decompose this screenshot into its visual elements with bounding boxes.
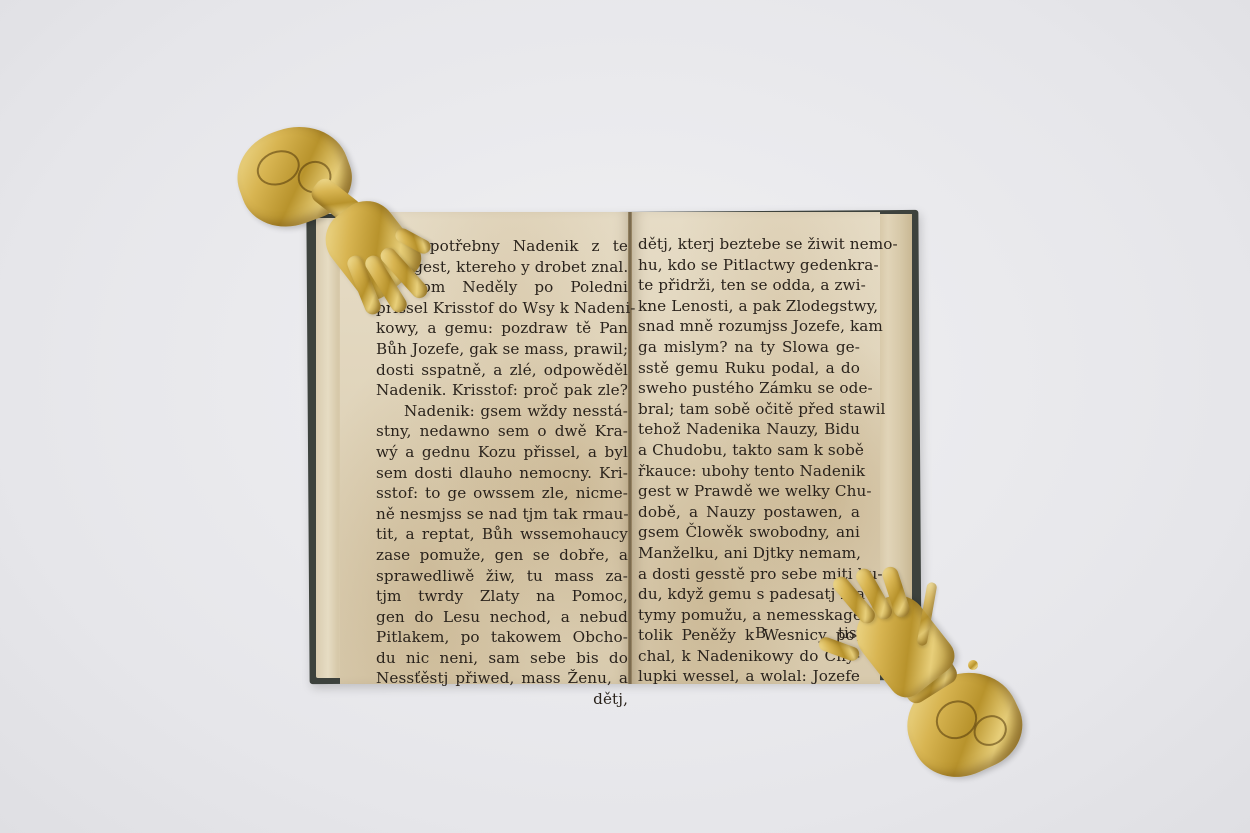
- text-line: hu, kdo se Pitlactwy gedenkra-: [638, 255, 860, 276]
- brass-hand-clip-top-left: [236, 124, 456, 324]
- text-line: dětj, kterj beztebe se žiwit nemo-: [638, 234, 860, 255]
- text-line: stny, nedawno sem o dwě Kra-: [376, 421, 628, 442]
- text-line: Nadenik. Krisstof: proč pak zle?: [376, 380, 628, 401]
- text-line: Bůh Jozefe, gak se mass, prawil;: [376, 339, 628, 360]
- text-line: Nessťěstj přiwed, mass Ženu, a: [376, 668, 628, 689]
- text-line: te přidrži, ten se odda, a zwi-: [638, 275, 860, 296]
- text-line: tehož Nadenika Nauzy, Bidu: [638, 419, 860, 440]
- text-line: gen do Lesu nechod, a nebud: [376, 607, 628, 628]
- book-gutter: [628, 212, 632, 684]
- text-line: du nic neni, sam sebe bis do: [376, 648, 628, 669]
- text-line: ga mislym? na ty Slowa ge-: [638, 337, 860, 358]
- brass-hand-clip-bottom-right: [826, 566, 1026, 791]
- text-line: tit, a reptat, Bůh wssemohaucy: [376, 524, 628, 545]
- text-line: snad mně rozumjss Jozefe, kam: [638, 316, 860, 337]
- text-line: sem dosti dlauho nemocny. Kri-: [376, 463, 628, 484]
- text-line: sstof: to ge owssem zle, nicme-: [376, 483, 628, 504]
- text-line: zase pomuže, gen se dobře, a: [376, 545, 628, 566]
- text-line: Pitlakem, po takowem Obcho-: [376, 627, 628, 648]
- text-line: Nadenik: gsem wždy nesstá-: [376, 401, 628, 422]
- text-line: době, a Nauzy postawen, a: [638, 502, 860, 523]
- text-line: sstě gemu Ruku podal, a do: [638, 358, 860, 379]
- text-line: sweho pustého Zámku se ode-: [638, 378, 860, 399]
- text-line: wý a gednu Kozu přissel, a byl: [376, 442, 628, 463]
- text-line: tjm twrdy Zlaty na Pomoc,: [376, 586, 628, 607]
- text-line: bral; tam sobě očitě před stawil: [638, 399, 860, 420]
- text-line: řkauce: ubohy tento Nadenik: [638, 461, 860, 482]
- catchword-left: dětj,: [376, 689, 628, 710]
- signature-mark: B: [755, 624, 766, 642]
- text-line: dosti sspatně, a zlé, odpowěděl: [376, 360, 628, 381]
- text-line: Manželku, ani Djtky nemam,: [638, 543, 860, 564]
- text-line: ně nesmjss se nad tjm tak rmau-: [376, 504, 628, 525]
- photo-scene: dy a potřebny Nadenik z te Wsy gest, kte…: [0, 0, 1250, 833]
- text-line: a Chudobu, takto sam k sobě: [638, 440, 860, 461]
- clip-rivet: [968, 660, 978, 670]
- text-line: gest w Prawdě we welky Chu-: [638, 481, 860, 502]
- text-line: kne Lenosti, a pak Zlodegstwy,: [638, 296, 860, 317]
- text-line: sprawedliwě žiw, tu mass za-: [376, 566, 628, 587]
- text-line: gsem Člowěk swobodny, ani: [638, 522, 860, 543]
